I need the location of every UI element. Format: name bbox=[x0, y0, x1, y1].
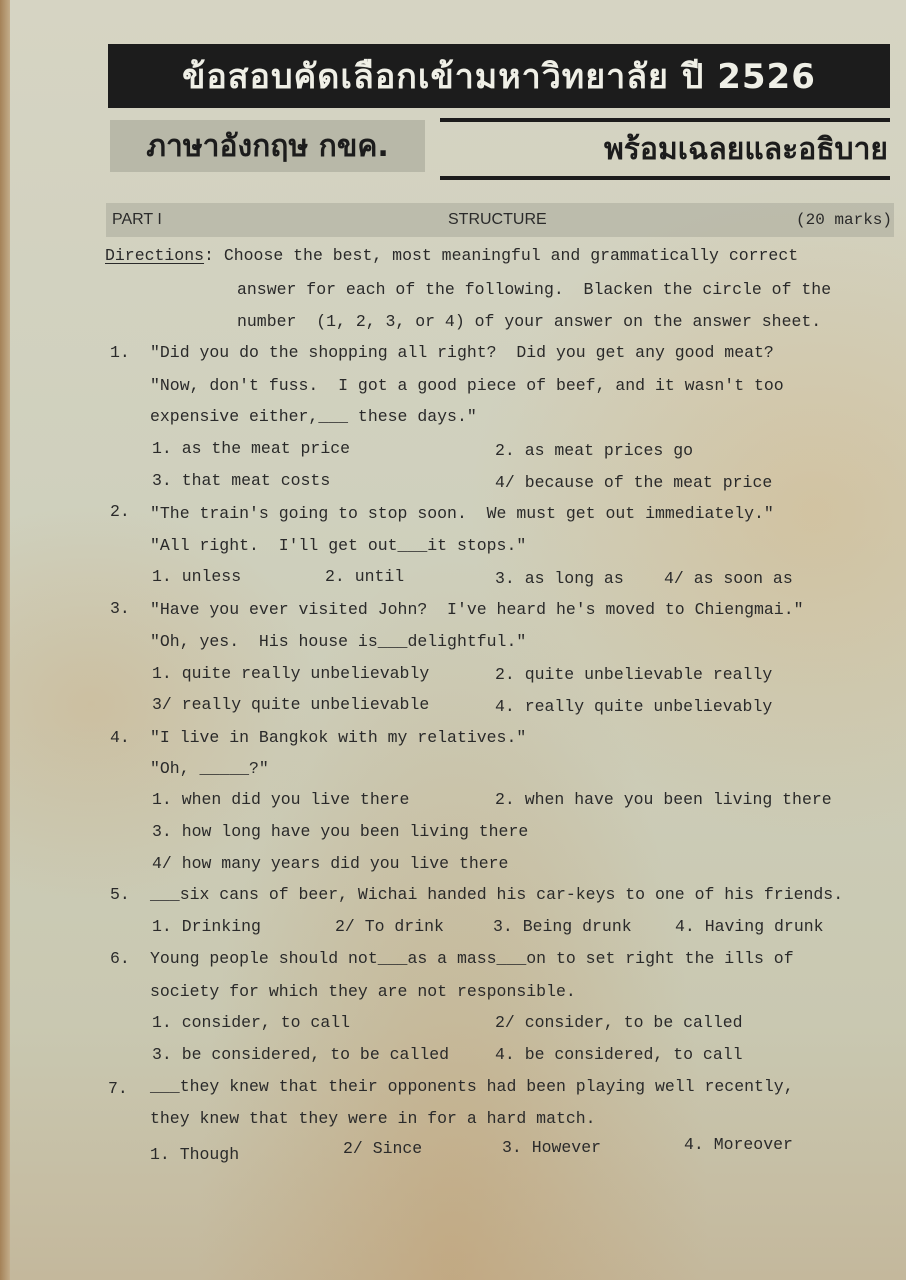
directions-line-2: answer for each of the following. Blacke… bbox=[237, 280, 831, 299]
directions-line-1: Directions: Choose the best, most meanin… bbox=[105, 246, 798, 265]
answer-option: 3. Being drunk bbox=[493, 917, 632, 936]
question-number: 3. bbox=[110, 599, 130, 618]
subject-label-box: ภาษาอังกฤษ กขค. bbox=[110, 120, 425, 172]
answer-option: 1. consider, to call bbox=[152, 1013, 350, 1032]
part-header: PART I STRUCTURE (20 marks) bbox=[106, 203, 894, 237]
answer-option: 2. quite unbelievable really bbox=[495, 665, 772, 684]
exam-title-banner: ข้อสอบคัดเลือกเข้ามหาวิทยาลัย ปี 2526 bbox=[108, 44, 890, 108]
directions-text-1: : Choose the best, most meaningful and g… bbox=[204, 246, 798, 265]
directions-label: Directions bbox=[105, 246, 204, 265]
question-number: 1. bbox=[110, 343, 130, 362]
answer-option: 3. that meat costs bbox=[152, 471, 330, 490]
answer-option: 4. be considered, to call bbox=[495, 1045, 743, 1064]
question-number: 6. bbox=[110, 949, 130, 968]
question-stem: "Oh, _____?" bbox=[150, 759, 269, 778]
subtitle: พร้อมเฉลยและอธิบาย bbox=[604, 126, 888, 173]
answer-option: 1. when did you live there bbox=[152, 790, 409, 809]
exam-page: ข้อสอบคัดเลือกเข้ามหาวิทยาลัย ปี 2526 ภา… bbox=[0, 0, 906, 1280]
question-stem: "Now, don't fuss. I got a good piece of … bbox=[150, 376, 784, 395]
question-stem: "Oh, yes. His house is___delightful." bbox=[150, 632, 526, 651]
question-stem: ___they knew that their opponents had be… bbox=[150, 1077, 794, 1096]
answer-option: 3. However bbox=[502, 1138, 601, 1157]
exam-title: ข้อสอบคัดเลือกเข้ามหาวิทยาลัย ปี 2526 bbox=[182, 49, 816, 103]
answer-option: 3. how long have you been living there bbox=[152, 822, 528, 841]
section-label: STRUCTURE bbox=[448, 211, 547, 229]
question-stem: "I live in Bangkok with my relatives." bbox=[150, 728, 526, 747]
answer-option: 4. really quite unbelievably bbox=[495, 697, 772, 716]
answer-option: 3. be considered, to be called bbox=[152, 1045, 449, 1064]
question-stem: "Did you do the shopping all right? Did … bbox=[150, 343, 774, 362]
answer-option: 3. as long as bbox=[495, 569, 624, 588]
question-number: 7. bbox=[108, 1079, 128, 1098]
answer-option-marked: 2/ consider, to be called bbox=[495, 1013, 743, 1032]
question-number: 2. bbox=[110, 502, 130, 521]
answer-option: 1. Though bbox=[150, 1145, 239, 1164]
question-stem: they knew that they were in for a hard m… bbox=[150, 1109, 596, 1128]
question-stem: ___six cans of beer, Wichai handed his c… bbox=[150, 885, 843, 904]
answer-option: 2. when have you been living there bbox=[495, 790, 832, 809]
answer-option: 4. Having drunk bbox=[675, 917, 824, 936]
answer-option: 1. quite really unbelievably bbox=[152, 664, 429, 683]
directions-line-3: number (1, 2, 3, or 4) of your answer on… bbox=[237, 312, 821, 331]
subtitle-box: พร้อมเฉลยและอธิบาย bbox=[440, 118, 890, 180]
question-stem: "Have you ever visited John? I've heard … bbox=[150, 600, 804, 619]
answer-option: 1. unless bbox=[152, 567, 241, 586]
answer-option-marked: 4/ because of the meat price bbox=[495, 473, 772, 492]
answer-option: 1. Drinking bbox=[152, 917, 261, 936]
question-stem: Young people should not___as a mass___on… bbox=[150, 949, 794, 968]
answer-option: 2. as meat prices go bbox=[495, 441, 693, 460]
answer-option-marked: 4/ as soon as bbox=[664, 569, 793, 588]
answer-option-marked: 3/ really quite unbelievable bbox=[152, 695, 429, 714]
answer-option-marked: 4/ how many years did you live there bbox=[152, 854, 508, 873]
answer-option: 1. as the meat price bbox=[152, 439, 350, 458]
question-number: 5. bbox=[110, 885, 130, 904]
question-stem: "The train's going to stop soon. We must… bbox=[150, 504, 774, 523]
question-number: 4. bbox=[110, 728, 130, 747]
question-stem: "All right. I'll get out___it stops." bbox=[150, 536, 526, 555]
answer-option-marked: 2/ To drink bbox=[335, 917, 444, 936]
answer-option: 2. until bbox=[325, 567, 404, 586]
page-edge bbox=[0, 0, 10, 1280]
question-stem: expensive either,___ these days." bbox=[150, 407, 477, 426]
subject-label: ภาษาอังกฤษ กขค. bbox=[146, 123, 389, 170]
answer-option-marked: 2/ Since bbox=[343, 1139, 422, 1158]
part-label: PART I bbox=[112, 211, 162, 229]
question-stem: society for which they are not responsib… bbox=[150, 982, 576, 1001]
answer-option: 4. Moreover bbox=[684, 1135, 793, 1154]
marks-label: (20 marks) bbox=[796, 211, 892, 229]
